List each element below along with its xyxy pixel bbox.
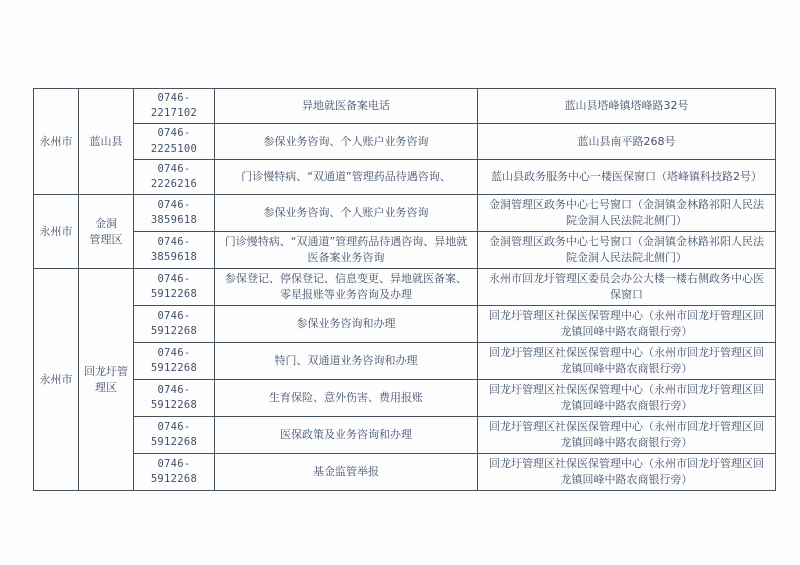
table-row: 永州市金洞 管理区0746-3859618参保业务咨询、个人账户业务咨询金洞管理… (34, 195, 776, 232)
address-cell: 回龙圩管理区社保医保管理中心（永州市回龙圩管理区回龙镇回峰中路农商银行旁） (478, 380, 776, 417)
phone-cell: 0746-2226216 (134, 159, 215, 194)
city-cell: 永州市 (34, 89, 79, 195)
phone-cell: 0746-5912268 (134, 417, 215, 454)
table-row: 0746-5912268参保业务咨询和办理回龙圩管理区社保医保管理中心（永州市回… (34, 306, 776, 343)
phone-cell: 0746-5912268 (134, 454, 215, 491)
table-row: 永州市回龙圩管 理区0746-5912268参保登记、停保登记、信息变更、异地就… (34, 269, 776, 306)
medical-insurance-contact-table: 永州市蓝山县0746-2217102异地就医备案电话蓝山县塔峰镇塔峰路32号07… (33, 88, 776, 491)
table-row: 0746-3859618门诊慢特病、“双通道”管理药品待遇咨询、异地就医备案业务… (34, 232, 776, 269)
table-row: 永州市蓝山县0746-2217102异地就医备案电话蓝山县塔峰镇塔峰路32号 (34, 89, 776, 124)
service-cell: 参保登记、停保登记、信息变更、异地就医备案、零星报账等业务咨询及办理 (215, 269, 478, 306)
table-row: 0746-5912268生育保险、意外伤害、费用报账回龙圩管理区社保医保管理中心… (34, 380, 776, 417)
table-row: 0746-5912268特门、双通道业务咨询和办理回龙圩管理区社保医保管理中心（… (34, 343, 776, 380)
address-cell: 蓝山县南平路268号 (478, 124, 776, 159)
service-cell: 生育保险、意外伤害、费用报账 (215, 380, 478, 417)
service-cell: 基金监管举报 (215, 454, 478, 491)
service-cell: 门诊慢特病、“双通道”管理药品待遇咨询、异地就医备案业务咨询 (215, 232, 478, 269)
address-cell: 金洞管理区政务中心七号窗口（金洞镇金林路祁阳人民法院金洞人民法院北侧门） (478, 232, 776, 269)
document-page: 永州市蓝山县0746-2217102异地就医备案电话蓝山县塔峰镇塔峰路32号07… (0, 0, 800, 565)
phone-cell: 0746-5912268 (134, 343, 215, 380)
table-row: 0746-5912268基金监管举报回龙圩管理区社保医保管理中心（永州市回龙圩管… (34, 454, 776, 491)
address-cell: 金洞管理区政务中心七号窗口（金洞镇金林路祁阳人民法院金洞人民法院北侧门） (478, 195, 776, 232)
table-row: 0746-2225100参保业务咨询、个人账户业务咨询蓝山县南平路268号 (34, 124, 776, 159)
service-cell: 参保业务咨询和办理 (215, 306, 478, 343)
address-cell: 永州市回龙圩管理区委员会办公大楼一楼右侧政务中心医保窗口 (478, 269, 776, 306)
table-row: 0746-2226216门诊慢特病、“双通道”管理药品待遇咨询、蓝山县政务服务中… (34, 159, 776, 194)
district-cell: 金洞 管理区 (79, 195, 134, 269)
phone-cell: 0746-5912268 (134, 269, 215, 306)
address-cell: 蓝山县塔峰镇塔峰路32号 (478, 89, 776, 124)
city-cell: 永州市 (34, 269, 79, 491)
city-cell: 永州市 (34, 195, 79, 269)
address-cell: 回龙圩管理区社保医保管理中心（永州市回龙圩管理区回龙镇回峰中路农商银行旁） (478, 454, 776, 491)
address-cell: 回龙圩管理区社保医保管理中心（永州市回龙圩管理区回龙镇回峰中路农商银行旁） (478, 417, 776, 454)
service-cell: 参保业务咨询、个人账户业务咨询 (215, 195, 478, 232)
phone-cell: 0746-2225100 (134, 124, 215, 159)
service-cell: 特门、双通道业务咨询和办理 (215, 343, 478, 380)
phone-cell: 0746-5912268 (134, 306, 215, 343)
service-cell: 医保政策及业务咨询和办理 (215, 417, 478, 454)
phone-cell: 0746-2217102 (134, 89, 215, 124)
phone-cell: 0746-3859618 (134, 195, 215, 232)
service-cell: 参保业务咨询、个人账户业务咨询 (215, 124, 478, 159)
service-cell: 异地就医备案电话 (215, 89, 478, 124)
district-cell: 蓝山县 (79, 89, 134, 195)
address-cell: 回龙圩管理区社保医保管理中心（永州市回龙圩管理区回龙镇回峰中路农商银行旁） (478, 306, 776, 343)
district-cell: 回龙圩管 理区 (79, 269, 134, 491)
phone-cell: 0746-3859618 (134, 232, 215, 269)
phone-cell: 0746-5912268 (134, 380, 215, 417)
address-cell: 蓝山县政务服务中心一楼医保窗口（塔峰镇科技路2号） (478, 159, 776, 194)
table-row: 0746-5912268医保政策及业务咨询和办理回龙圩管理区社保医保管理中心（永… (34, 417, 776, 454)
service-cell: 门诊慢特病、“双通道”管理药品待遇咨询、 (215, 159, 478, 194)
address-cell: 回龙圩管理区社保医保管理中心（永州市回龙圩管理区回龙镇回峰中路农商银行旁） (478, 343, 776, 380)
